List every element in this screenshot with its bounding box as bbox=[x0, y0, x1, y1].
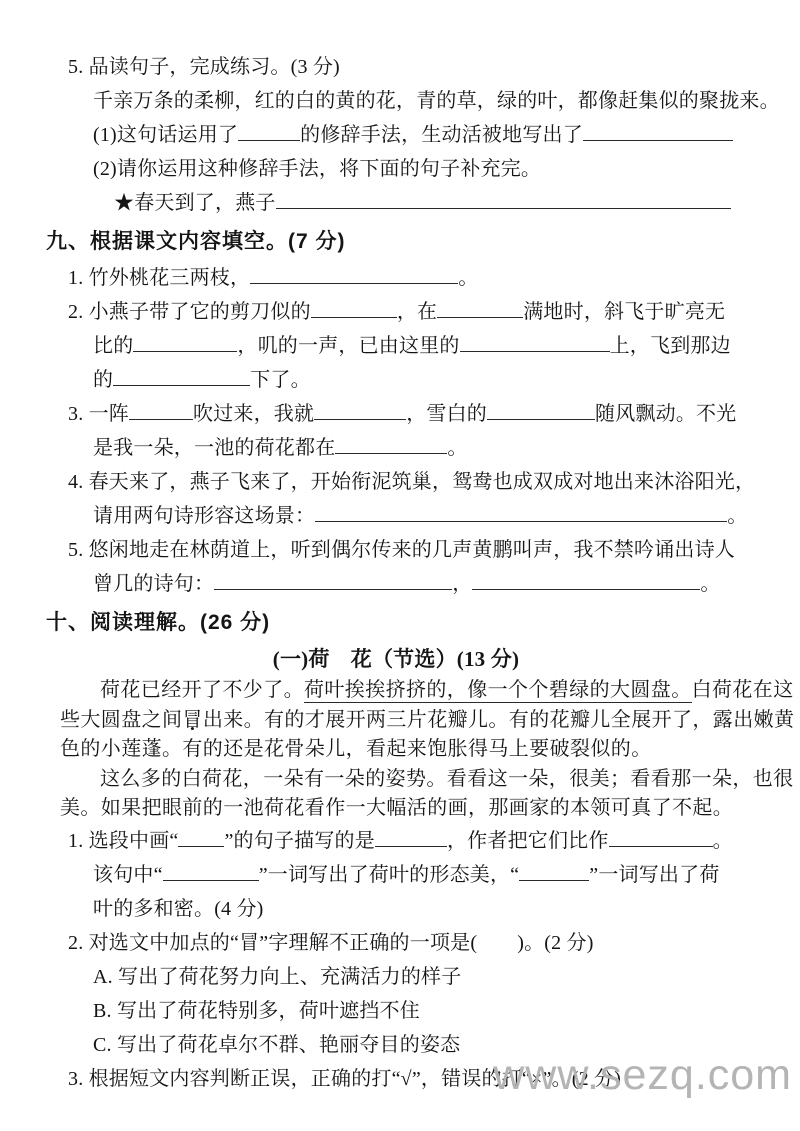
fill-in-blank-line bbox=[178, 831, 224, 847]
fill-in-blank-line bbox=[460, 336, 610, 352]
text-segment: 这么多的白荷花，一朵有一朵的姿势。看看这一朵，很美；看看那一朵，也很 bbox=[100, 768, 794, 790]
passage-p1-line-2: 些大圆盘之间冒出来。有的才展开两三片花瓣儿。有的花瓣儿全展开了，露出嫩黄 bbox=[60, 706, 746, 736]
text-segment: 色的小莲蓬。有的还是花骨朵儿，看起来饱胀得马上要破裂似的。 bbox=[60, 738, 652, 760]
fill-in-blank-line bbox=[472, 574, 700, 590]
q5-star-sentence: ★春天到了，燕子 bbox=[114, 186, 746, 220]
reading-q2-option-a: A. 写出了荷花努力向上、充满活力的样子 bbox=[93, 960, 746, 994]
fill-in-blank-line bbox=[315, 506, 727, 522]
text-segment: 些大圆盘之间 bbox=[60, 709, 182, 731]
q5-title: 5. 品读句子，完成练习。(3 分) bbox=[68, 50, 746, 84]
fill-in-blank-line bbox=[311, 302, 397, 318]
text-segment: 5. 品读句子，完成练习。(3 分) bbox=[68, 56, 340, 78]
fill-in-blank-line bbox=[238, 125, 300, 141]
text-segment: A. 写出了荷花努力向上、充满活力的样子 bbox=[93, 966, 461, 988]
text-segment: 荷花已经开了不少了。 bbox=[100, 679, 304, 701]
text-segment: 美。如果把眼前的一池荷花看作一大幅活的画，那画家的本领可真了不起。 bbox=[60, 797, 733, 819]
underlined-sentence: 荷叶挨挨挤挤的，像一个个碧绿的大圆盘。 bbox=[304, 679, 692, 703]
text-segment: (1)这句话运用了 bbox=[93, 124, 238, 146]
text-segment: )。(2 分) bbox=[517, 932, 593, 954]
emphasis-dotted-character: 冒 bbox=[182, 709, 202, 731]
text-segment: ，作者把它们比作 bbox=[447, 830, 609, 852]
passage-p1-line-1: 荷花已经开了不少了。荷叶挨挨挤挤的，像一个个碧绿的大圆盘。白荷花在这 bbox=[60, 676, 746, 706]
text-segment: ”的句子描写的是 bbox=[224, 830, 374, 852]
fill-in-blank-line bbox=[314, 404, 406, 420]
text-segment: 出来。有的才展开两三片花瓣儿。有的花瓣儿全展开了，露出嫩黄 bbox=[203, 709, 795, 731]
text-segment: ，在 bbox=[397, 301, 437, 323]
text-segment: ， bbox=[452, 573, 472, 595]
text-segment: 2. 小燕子带了它的剪刀似的 bbox=[68, 301, 311, 323]
reading-q1-line-2: 该句中“”一词写出了荷叶的形态美，“”一词写出了荷 bbox=[93, 858, 746, 892]
fill-in-blank-line bbox=[519, 865, 589, 881]
q5-sub-question-1: (1)这句话运用了的修辞手法，生动活被地写出了 bbox=[93, 118, 746, 152]
text-segment: C. 写出了荷花卓尔不群、艳丽夺目的姿态 bbox=[93, 1034, 460, 1056]
fill-in-blank-line bbox=[583, 125, 733, 141]
text-segment: 比的 bbox=[93, 335, 133, 357]
text-segment: 1. 选段中画“ bbox=[68, 830, 178, 852]
exam-content: 5. 品读句子，完成练习。(3 分)千亲万条的柔柳，红的白的黄的花，青的草，绿的… bbox=[46, 50, 746, 1096]
text-segment: 。 bbox=[458, 267, 478, 289]
text-segment: 白荷花在这 bbox=[692, 679, 794, 701]
fill-in-blank-line bbox=[163, 865, 259, 881]
text-segment: B. 写出了荷花特别多，荷叶遮挡不住 bbox=[93, 1000, 420, 1022]
text-segment: 曾几的诗句： bbox=[93, 573, 214, 595]
watermark: www.sezq.com bbox=[493, 1054, 792, 1097]
text-segment: 3. 一阵 bbox=[68, 403, 129, 425]
text-segment: 的 bbox=[93, 369, 113, 391]
text-segment: 十、阅读理解。(26 分) bbox=[46, 611, 270, 634]
passage-p2-line-1: 这么多的白荷花，一朵有一朵的姿势。看看这一朵，很美；看看那一朵，也很 bbox=[60, 765, 746, 795]
fill-in-blank-line bbox=[335, 438, 447, 454]
section-9-heading: 九、根据课文内容填空。(7 分) bbox=[46, 223, 746, 261]
s9-item-3: 3. 一阵吹过来，我就，雪白的随风飘动。不光 bbox=[68, 397, 746, 431]
fill-in-blank-line bbox=[487, 404, 595, 420]
text-segment: 1. 竹外桃花三两枝， bbox=[68, 267, 250, 289]
s9-item-1: 1. 竹外桃花三两枝，。 bbox=[68, 261, 746, 295]
text-segment: 请用两句诗形容这场景： bbox=[93, 505, 315, 527]
text-segment: 。 bbox=[727, 505, 747, 527]
text-segment: ★春天到了，燕子 bbox=[114, 192, 276, 214]
reading-passage-title: (一)荷 花（节选）(13 分) bbox=[46, 642, 746, 676]
text-segment: 。 bbox=[713, 830, 733, 852]
text-segment: 。 bbox=[447, 437, 467, 459]
text-segment: 的修辞手法，生动活被地写出了 bbox=[300, 124, 583, 146]
text-segment: ，雪白的 bbox=[406, 403, 487, 425]
fill-in-blank-line bbox=[129, 404, 193, 420]
text-segment: ”一词写出了荷 bbox=[589, 864, 719, 886]
text-segment: 随风飘动。不光 bbox=[595, 403, 736, 425]
s9-item-4: 4. 春天来了，燕子飞来了，开始衔泥筑巢，鸳鸯也成双成对地出来沐浴阳光， bbox=[68, 465, 746, 499]
text-segment: 5. 悠闲地走在林荫道上，听到偶尔传来的几声黄鹏叫声，我不禁吟诵出诗人 bbox=[68, 539, 735, 561]
reading-q1-line-3: 叶的多和密。(4 分) bbox=[93, 892, 746, 926]
section-10-heading: 十、阅读理解。(26 分) bbox=[46, 604, 746, 642]
text-segment: 满地时，斜飞于旷亮无 bbox=[523, 301, 725, 323]
passage-p1-line-3: 色的小莲蓬。有的还是花骨朵儿，看起来饱胀得马上要破裂似的。 bbox=[60, 735, 746, 765]
fill-in-blank-line bbox=[113, 370, 250, 386]
text-segment: 下了。 bbox=[250, 369, 311, 391]
text-segment: 九、根据课文内容填空。(7 分) bbox=[46, 230, 346, 253]
exam-paper-page: 5. 品读句子，完成练习。(3 分)千亲万条的柔柳，红的白的黄的花，青的草，绿的… bbox=[0, 0, 800, 1131]
text-segment: 吹过来，我就 bbox=[193, 403, 314, 425]
text-segment: ”一词写出了荷叶的形态美，“ bbox=[259, 864, 520, 886]
q5-sub-question-2: (2)请你运用这种修辞手法，将下面的句子补充完。 bbox=[93, 152, 746, 186]
text-segment: ，叽的一声，已由这里的 bbox=[237, 335, 459, 357]
text-segment: 该句中“ bbox=[93, 864, 163, 886]
q5-quote-sentence: 千亲万条的柔柳，红的白的黄的花，青的草，绿的叶，都像赶集似的聚拢来。 bbox=[93, 84, 746, 118]
fill-in-blank-line bbox=[133, 336, 237, 352]
passage-p2-line-2: 美。如果把眼前的一池荷花看作一大幅活的画，那画家的本领可真了不起。 bbox=[60, 794, 746, 824]
text-segment: 上，飞到那边 bbox=[610, 335, 731, 357]
reading-q2-option-b: B. 写出了荷花特别多，荷叶遮挡不住 bbox=[93, 994, 746, 1028]
fill-in-blank-line bbox=[214, 574, 452, 590]
reading-q2: 2. 对选文中加点的“冒”字理解不正确的一项是()。(2 分) bbox=[68, 926, 746, 960]
s9-item-3-line-2: 是我一朵，一池的荷花都在。 bbox=[93, 431, 746, 465]
fill-in-blank-line bbox=[250, 268, 458, 284]
text-segment: 千亲万条的柔柳，红的白的黄的花，青的草，绿的叶，都像赶集似的聚拢来。 bbox=[93, 90, 780, 112]
fill-in-blank-line bbox=[375, 831, 447, 847]
fill-in-blank-line bbox=[609, 831, 713, 847]
reading-q1: 1. 选段中画“”的句子描写的是，作者把它们比作。 bbox=[68, 824, 746, 858]
text-segment: (一)荷 花（节选）(13 分) bbox=[273, 647, 519, 671]
s9-item-2-line-2: 比的，叽的一声，已由这里的上，飞到那边 bbox=[93, 329, 746, 363]
text-segment: 2. 对选文中加点的“冒”字理解不正确的一项是( bbox=[68, 932, 477, 954]
s9-item-4-line-2: 请用两句诗形容这场景：。 bbox=[93, 499, 746, 533]
fill-in-blank-line bbox=[276, 193, 731, 209]
text-segment: 4. 春天来了，燕子飞来了，开始衔泥筑巢，鸳鸯也成双成对地出来沐浴阳光， bbox=[68, 471, 755, 493]
s9-item-2: 2. 小燕子带了它的剪刀似的，在满地时，斜飞于旷亮无 bbox=[68, 295, 746, 329]
s9-item-5: 5. 悠闲地走在林荫道上，听到偶尔传来的几声黄鹏叫声，我不禁吟诵出诗人 bbox=[68, 533, 746, 567]
s9-item-2-line-3: 的下了。 bbox=[93, 363, 746, 397]
s9-item-5-line-2: 曾几的诗句：，。 bbox=[93, 567, 746, 601]
text-segment: 。 bbox=[700, 573, 720, 595]
text-segment: 是我一朵，一池的荷花都在 bbox=[93, 437, 335, 459]
text-segment: 叶的多和密。(4 分) bbox=[93, 898, 264, 920]
fill-in-blank-line bbox=[437, 302, 523, 318]
text-segment: (2)请你运用这种修辞手法，将下面的句子补充完。 bbox=[93, 158, 541, 180]
